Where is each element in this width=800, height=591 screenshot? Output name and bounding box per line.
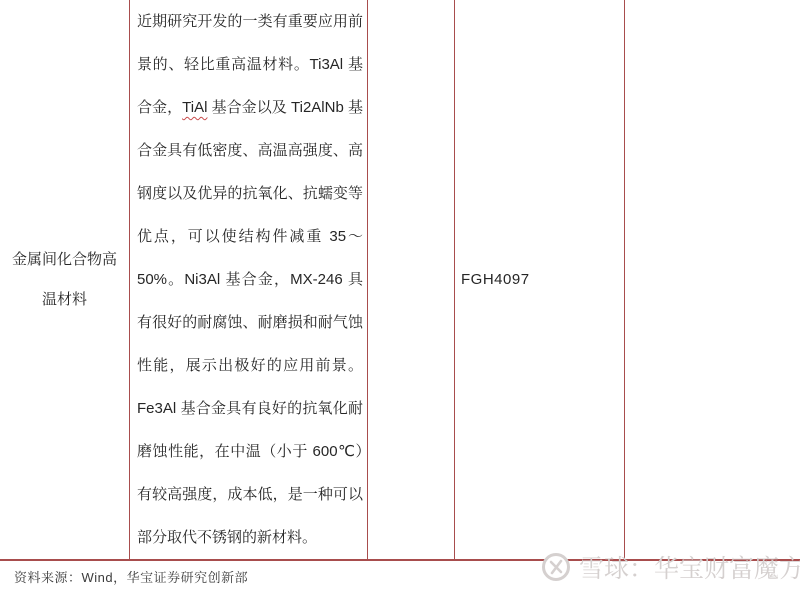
description-text: 近期研究开发的一类有重要应用前景的、轻比重高温材料。Ti3Al 基合金，TiAl… bbox=[137, 0, 363, 559]
cell-empty-2 bbox=[625, 0, 800, 559]
materials-table-row: 金属间化合物高温材料 近期研究开发的一类有重要应用前景的、轻比重高温材料。Ti3… bbox=[0, 0, 800, 561]
cell-category: 金属间化合物高温材料 bbox=[0, 0, 130, 559]
description-segment: 基合金以及 Ti2AlNb 基合金具有低密度、高温高强度、高钢度以及优异的抗氧化… bbox=[137, 99, 363, 546]
grade-label: FGH4097 bbox=[461, 271, 530, 288]
document-page: 金属间化合物高温材料 近期研究开发的一类有重要应用前景的、轻比重高温材料。Ti3… bbox=[0, 0, 800, 591]
source-text: 资料来源：Wind，华宝证券研究创新部 bbox=[14, 567, 248, 586]
source-footer: 资料来源：Wind，华宝证券研究创新部 bbox=[0, 561, 800, 591]
cell-grade: FGH4097 bbox=[455, 0, 625, 559]
cell-empty-1 bbox=[368, 0, 455, 559]
spellcheck-flagged-text: TiAl bbox=[182, 99, 207, 116]
category-label: 金属间化合物高温材料 bbox=[10, 240, 120, 320]
cell-description: 近期研究开发的一类有重要应用前景的、轻比重高温材料。Ti3Al 基合金，TiAl… bbox=[130, 0, 368, 559]
